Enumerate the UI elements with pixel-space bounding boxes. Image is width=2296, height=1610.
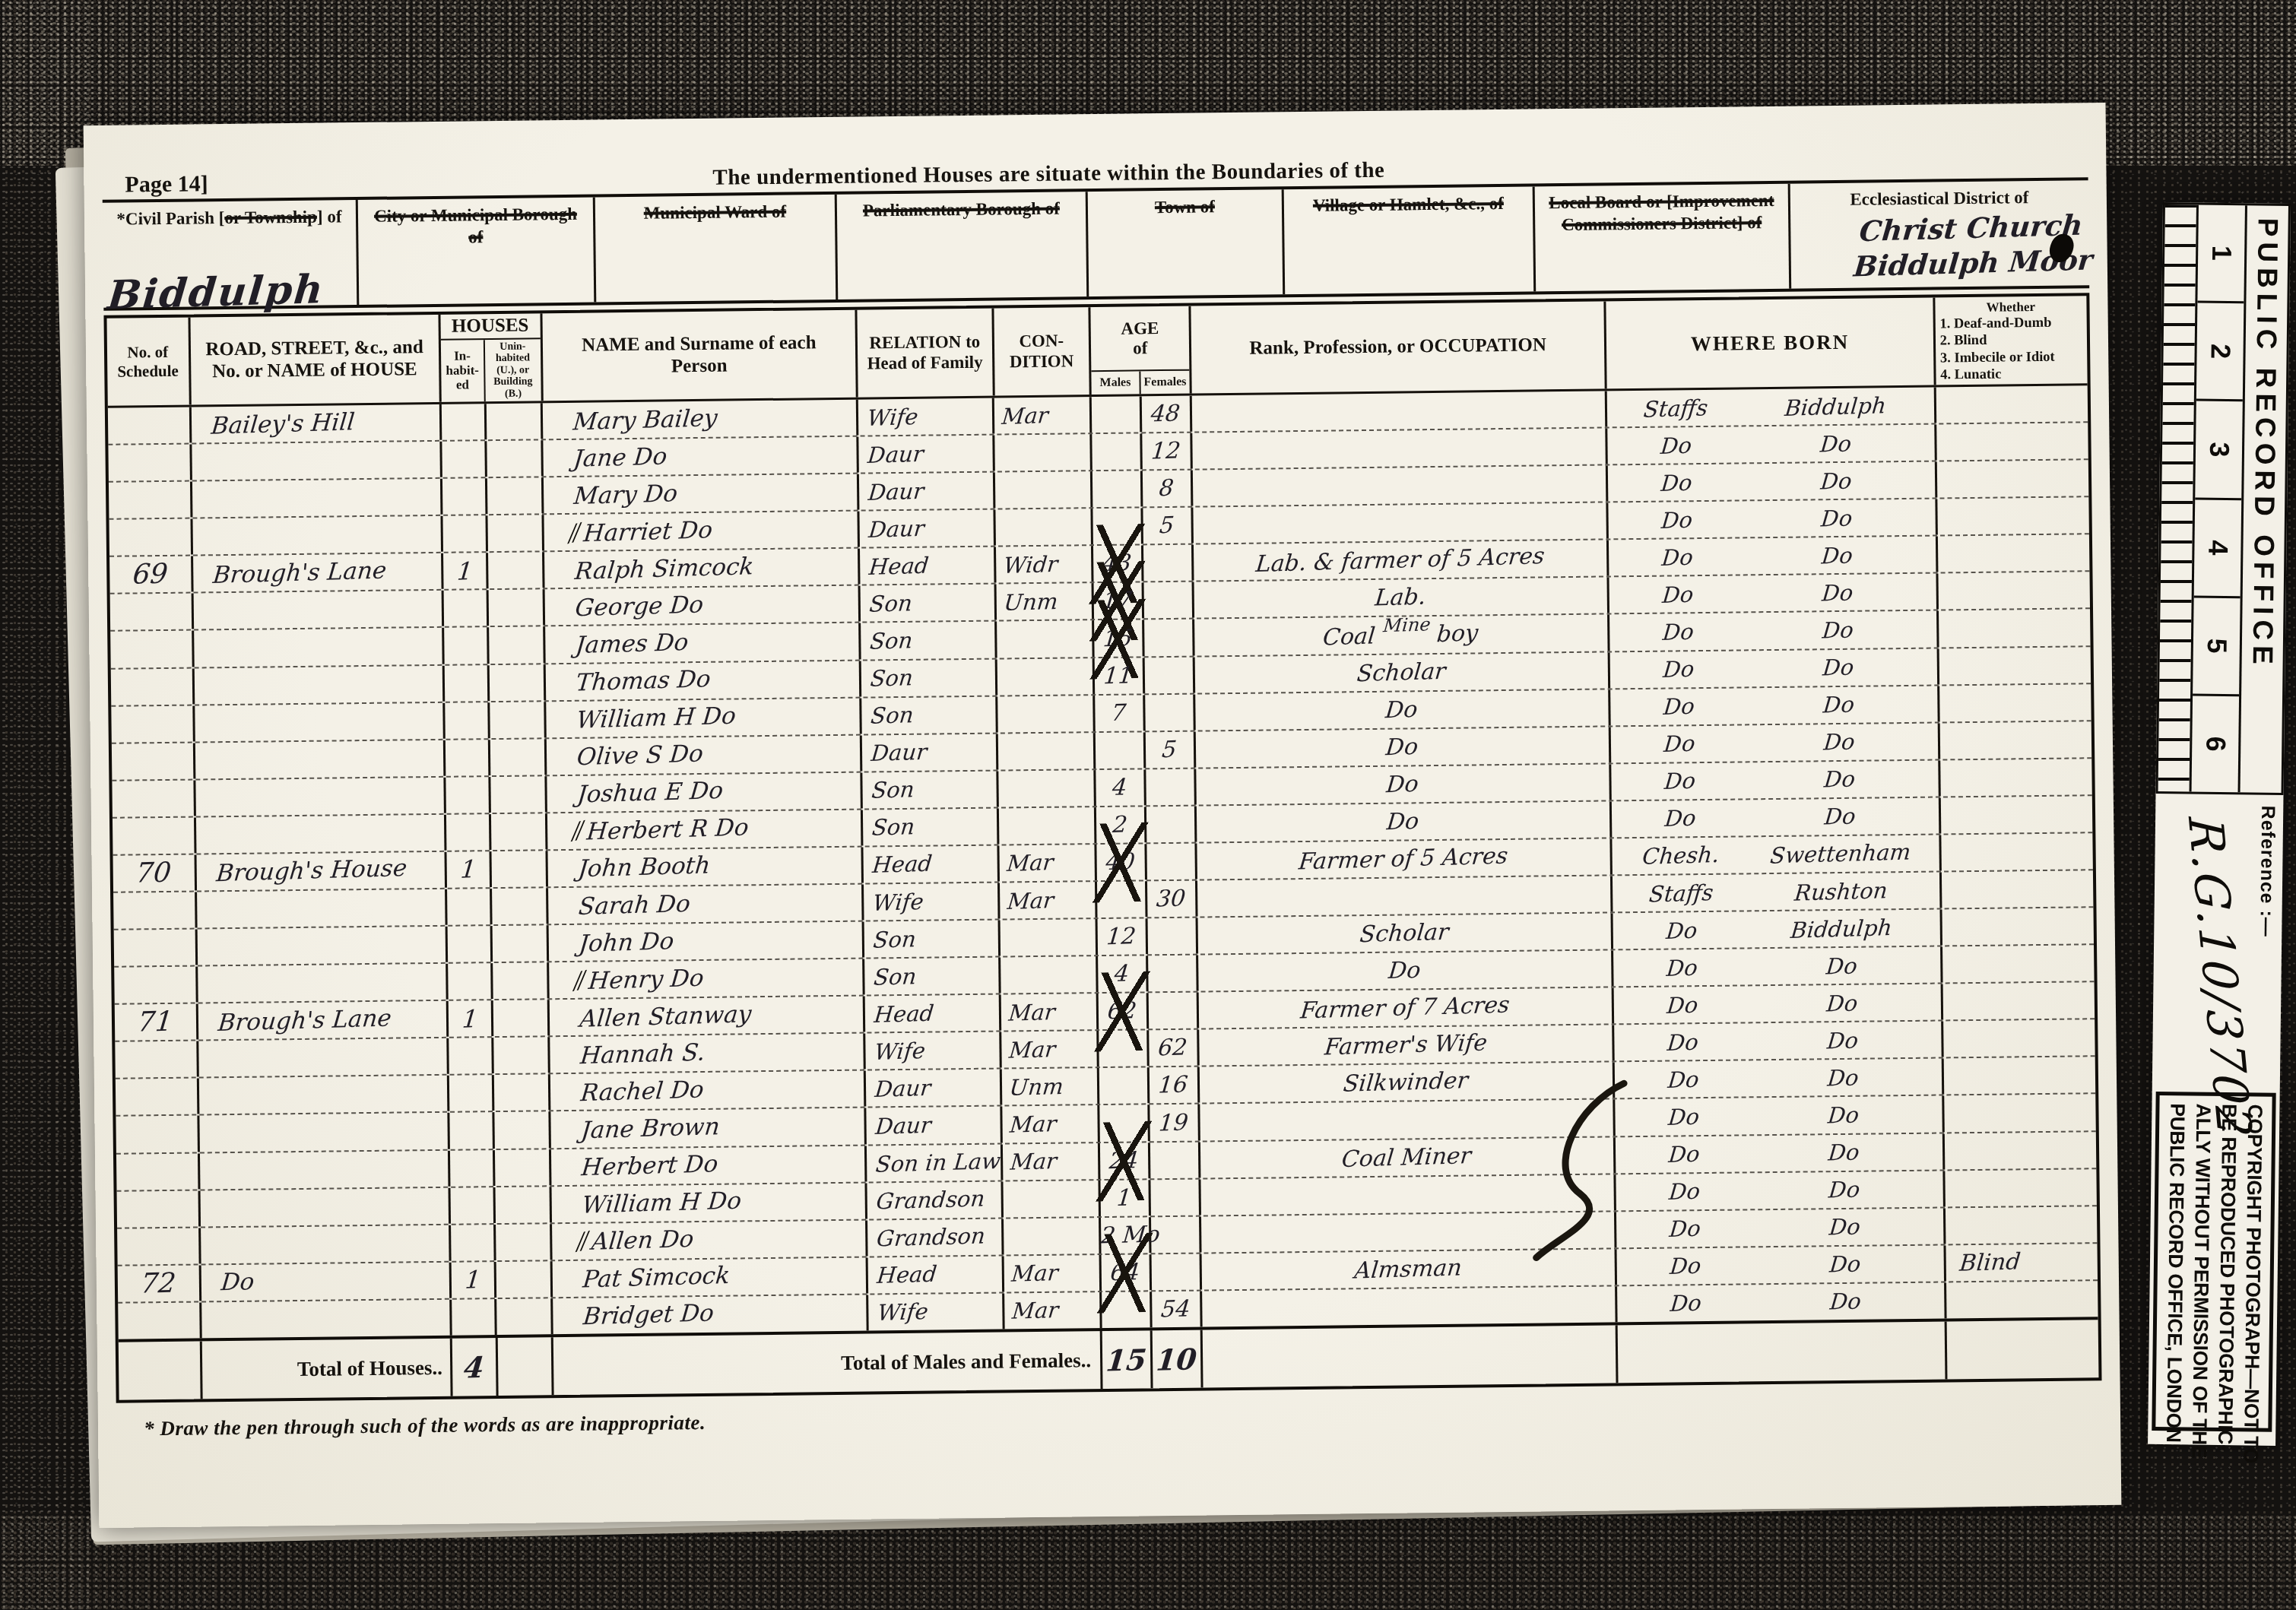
inhabited-cell [450, 1187, 496, 1224]
name-cell: John Do [549, 922, 864, 962]
name-cell: Olive S Do [547, 735, 862, 775]
age-male-cell: 7 [1095, 695, 1145, 731]
occupation-cell: Scholar [1197, 913, 1613, 953]
name-cell: William H Do [552, 1183, 867, 1222]
uninhabited-cell [492, 851, 548, 887]
condition-cell: Mar [994, 397, 1092, 434]
condition-cell [1004, 1218, 1101, 1255]
pen-flourish [1524, 1077, 1647, 1269]
age-male-cell [1096, 732, 1146, 769]
disability-cell [1936, 460, 2088, 497]
born-cell: DoDo [1608, 462, 1937, 502]
schedule-cell [109, 482, 192, 518]
road-cell [194, 665, 444, 704]
age-male-cell [1093, 471, 1143, 508]
born-cell: DoDo [1609, 537, 1938, 576]
schedule-cell [109, 519, 193, 556]
uninhabited-cell [495, 1112, 551, 1149]
age-female-cell [1148, 956, 1198, 992]
schedule-cell [114, 967, 198, 1003]
total-houses-value: 4 [452, 1338, 498, 1396]
municipal-borough-cell: City or Municipal Borough of [358, 198, 597, 306]
uninhabited-cell [487, 477, 544, 514]
road-cell [198, 964, 448, 1003]
disability-cell [1942, 908, 2094, 945]
schedule-cell: 71 [115, 1004, 198, 1041]
name-cell: ∕∕Herbert R Do [547, 810, 863, 849]
local-board-cell: Local Board or [Improvement Commissioner… [1535, 184, 1792, 292]
disability-cell [1944, 1132, 2096, 1169]
total-houses-label: Total of Houses.. [201, 1339, 452, 1399]
condition-cell: Widr [996, 546, 1093, 583]
condition-cell [1004, 1181, 1101, 1218]
name-cell: Herbert Do [551, 1146, 867, 1185]
disability-cell [1939, 647, 2091, 684]
relation-cell: Daur [862, 734, 999, 771]
occupation-cell: Do [1197, 801, 1613, 841]
disability-cell [1939, 721, 2091, 759]
name-cell: Jane Do [544, 437, 859, 477]
schedule-cell: 69 [109, 556, 193, 593]
age-female-cell [1145, 694, 1195, 731]
condition-cell: Mar [1001, 994, 1099, 1031]
occupation-cell: Lab. [1194, 578, 1609, 618]
disability-cell [1946, 1281, 2098, 1318]
name-cell: James Do [545, 623, 861, 663]
age-female-cell [1150, 1142, 1200, 1178]
road-cell [198, 1038, 449, 1077]
age-male-cell: 1 [1101, 1180, 1151, 1216]
disability-cell [1943, 1020, 2095, 1057]
age-male-cell: 4 [1098, 956, 1148, 993]
relation-cell: Grandson [867, 1181, 1004, 1219]
condition-cell: Unm [997, 583, 1094, 620]
age-female-cell [1143, 582, 1194, 619]
schedule-cell [116, 1116, 199, 1152]
road-column-header: ROAD, STREET, &c., and No. or NAME of HO… [190, 315, 441, 405]
disability-cell [1938, 572, 2090, 610]
born-cell: DoDo [1613, 947, 1942, 987]
uninhabited-subheader: Unin-habited (U.), or Building (B.) [485, 339, 541, 401]
schedule-cell [112, 743, 195, 779]
road-cell [201, 1300, 452, 1339]
road-cell [197, 927, 447, 965]
schedule-column-header: No. of Schedule [107, 318, 192, 406]
where-born-column-header: WHERE BORN [1606, 298, 1936, 389]
disability-cell [1940, 759, 2092, 796]
road-cell [192, 516, 442, 555]
schedule-cell [116, 1153, 200, 1190]
schedule-cell [116, 1079, 199, 1115]
age-female-cell [1151, 1253, 1201, 1290]
age-male-cell [1099, 1031, 1149, 1067]
census-table: No. of Schedule ROAD, STREET, &c., and N… [103, 293, 2101, 1403]
village-hamlet-label: Village or Hamlet, &c., of [1313, 194, 1504, 215]
age-male-cell [1099, 1105, 1150, 1142]
relation-cell: Head [865, 995, 1002, 1032]
relation-cell: Son [861, 622, 997, 659]
relation-cell: Son [861, 659, 998, 696]
road-cell [199, 1076, 449, 1114]
age-female-cell: 8 [1143, 471, 1193, 507]
age-female-cell [1147, 918, 1197, 955]
uninhabited-cell [487, 440, 544, 477]
name-column-header: NAME and Surname of each Person [542, 310, 858, 401]
municipal-ward-label: Municipal Ward of [644, 202, 787, 223]
local-board-label: Local Board or [Improvement Commissioner… [1549, 191, 1774, 234]
relation-cell: Wife [868, 1293, 1005, 1330]
occupation-cell [1192, 429, 1608, 469]
schedule-cell [108, 445, 192, 481]
schedule-cell [113, 817, 196, 854]
name-cell: Rachel Do [550, 1071, 866, 1111]
born-cell: DoDo [1614, 984, 1943, 1024]
name-cell: William H Do [546, 698, 861, 737]
condition-cell: Mar [1000, 845, 1097, 882]
relation-cell: Son [864, 958, 1001, 995]
born-cell: DoDo [1616, 1171, 1945, 1210]
uninhabited-cell [494, 1075, 550, 1111]
inhabited-cell: 1 [451, 1262, 496, 1298]
uninhabited-cell [494, 1038, 550, 1074]
age-male-cell: 40 [1097, 844, 1147, 880]
occupation-cell: Do [1195, 689, 1611, 730]
uninhabited-cell [493, 962, 550, 999]
road-cell [197, 889, 447, 928]
uninhabited-cell [488, 515, 544, 552]
age-male-cell: 11 [1095, 658, 1145, 694]
occupation-cell [1202, 1286, 1618, 1326]
name-cell: Bridget Do [553, 1295, 868, 1334]
age-male-cell [1102, 1291, 1152, 1328]
disability-cell [1942, 982, 2095, 1019]
relation-cell: Daur [866, 1070, 1003, 1107]
parliamentary-borough-cell: Parliamentary Borough of [837, 192, 1089, 299]
inhabited-cell: 1 [446, 851, 492, 888]
schedule-cell [113, 892, 197, 929]
copyright-notice: COPYRIGHT PHOTOGRAPH—NOT TO BE REPRODUCE… [2152, 1092, 2275, 1432]
relation-cell: Daur [859, 510, 996, 547]
municipal-ward-cell: Municipal Ward of [595, 195, 839, 303]
road-cell [201, 1225, 451, 1263]
table-body: Bailey's Hill Mary Bailey Wife Mar 48 St… [108, 385, 2098, 1339]
schedule-cell [117, 1190, 201, 1227]
born-cell: StaffsRushton [1613, 873, 1942, 912]
condition-cell: Mar [1003, 1143, 1100, 1181]
inhabited-cell [444, 665, 490, 702]
uninhabited-cell [491, 813, 547, 850]
civil-parish-cell: *Civil Parish [or Township] of Biddulph [103, 200, 360, 308]
road-cell: Do [201, 1263, 451, 1301]
born-cell: DoDo [1616, 1133, 1945, 1173]
road-cell [199, 1113, 449, 1152]
uninhabited-cell [490, 702, 547, 738]
inhabited-cell: 1 [443, 553, 489, 589]
civil-parish-value: Biddulph [106, 265, 327, 320]
disability-cell [1943, 1057, 2095, 1095]
disability-cell [1941, 833, 2093, 870]
pro-ruler: PUBLIC RECORD OFFICE 1 2 3 4 5 6 [2156, 202, 2291, 795]
occupation-cell: Scholar [1194, 652, 1610, 692]
born-cell: DoDo [1610, 648, 1939, 688]
footnote: * Draw the pen through such of the words… [144, 1411, 706, 1440]
age-female-cell [1146, 769, 1196, 805]
schedule-cell: 72 [118, 1265, 201, 1301]
road-cell: Brough's Lane [193, 553, 443, 592]
uninhabited-cell [493, 1000, 550, 1037]
schedule-cell [108, 407, 192, 444]
inhabited-cell [450, 1150, 496, 1187]
census-form-page: Page 14] The undermentioned Houses are s… [84, 103, 2122, 1528]
civil-parish-label-end: ] of [317, 207, 342, 226]
condition-cell [1001, 956, 1099, 994]
born-cell: DoDo [1610, 686, 1939, 725]
ruler-ticks [2158, 204, 2199, 791]
age-male-cell: 15 [1094, 620, 1144, 657]
inhabited-cell [449, 1038, 494, 1074]
born-cell: DoDo [1615, 1096, 1944, 1136]
inhabited-cell [447, 889, 493, 925]
disability-cell: Blind [1946, 1244, 2098, 1281]
born-cell: DoDo [1611, 760, 1940, 800]
age-male-cell: 2 [1096, 807, 1146, 843]
inhabited-cell [445, 740, 490, 776]
road-cell: Brough's House [196, 852, 446, 891]
reference-label: Reference :— [2255, 806, 2279, 938]
schedule-cell [110, 631, 194, 667]
inhabited-cell [449, 1076, 494, 1112]
census-photo-canvas: Page 14] The undermentioned Houses are s… [0, 0, 2296, 1610]
inhabited-cell [452, 1299, 497, 1336]
village-hamlet-cell: Village or Hamlet, &c., of [1284, 186, 1536, 294]
age-female-cell: 5 [1143, 508, 1193, 544]
uninhabited-cell [497, 1298, 553, 1335]
age-male-cell [1092, 396, 1142, 433]
condition-cell [1001, 919, 1098, 956]
age-male-cell: 64 [1102, 1254, 1152, 1291]
inhabited-cell [446, 814, 492, 851]
relation-cell: Son [861, 696, 998, 734]
born-cell: DoDo [1616, 1245, 1946, 1285]
age-male-cell: 62 [1099, 994, 1149, 1030]
total-males-value: 15 [1102, 1330, 1153, 1389]
name-cell: Allen Stanway [550, 997, 865, 1036]
inhabited-subheader: In-habit-ed [440, 340, 486, 402]
road-cell [200, 1150, 450, 1189]
schedule-cell [117, 1228, 201, 1264]
relation-cell: Head [868, 1256, 1005, 1293]
born-cell: DoDo [1611, 723, 1940, 762]
condition-cell: Mar [1005, 1292, 1102, 1330]
born-cell: DoBiddulph [1613, 910, 1942, 949]
born-cell: DoDo [1616, 1208, 1946, 1247]
disability-cell [1936, 423, 2088, 460]
condition-cell [998, 733, 1096, 770]
born-cell: DoDo [1608, 499, 1937, 539]
relation-cell: Wife [858, 398, 995, 436]
road-cell [196, 815, 446, 854]
condition-cell [998, 696, 1096, 733]
relation-cell: Daur [866, 1107, 1003, 1144]
inhabited-cell [448, 963, 493, 1000]
age-female-cell: 62 [1149, 1030, 1199, 1066]
name-cell: John Booth [548, 848, 864, 887]
schedule-cell [114, 930, 198, 966]
disability-cell [1939, 610, 2091, 647]
uninhabited-cell [495, 1149, 551, 1186]
disability-cell [1945, 1169, 2097, 1206]
relation-cell: Son [861, 585, 997, 622]
uninhabited-cell [490, 627, 546, 664]
disability-cell [1936, 385, 2088, 423]
age-female-cell [1144, 620, 1194, 656]
schedule-cell [111, 668, 195, 705]
condition-cell [995, 471, 1093, 509]
road-cell [194, 628, 444, 667]
condition-cell [995, 434, 1093, 471]
uninhabited-cell [489, 590, 545, 626]
inhabited-cell [445, 702, 490, 739]
uninhabited-cell [496, 1224, 552, 1260]
disability-cell [1946, 1206, 2098, 1244]
relation-cell: Son [864, 921, 1001, 958]
disability-column-header: Whether 1. Deaf-and-Dumb 2. Blind 3. Imb… [1935, 296, 2088, 385]
name-cell: Pat Simcock [553, 1257, 868, 1297]
inhabited-cell [444, 628, 490, 664]
inhabited-cell [442, 515, 488, 552]
condition-cell [999, 770, 1096, 807]
occupation-cell: Coal Mine boy [1194, 615, 1610, 655]
age-female-cell: 12 [1142, 433, 1192, 470]
occupation-cell: Farmer of 5 Acres [1197, 838, 1613, 879]
occupation-cell [1193, 503, 1609, 544]
inhabited-cell [443, 591, 489, 627]
age-male-cell: 24 [1100, 1143, 1150, 1179]
age-female-cell: 54 [1152, 1291, 1202, 1327]
relation-cell: Head [860, 547, 997, 585]
age-female-cell [1145, 657, 1195, 693]
born-cell: DoDo [1607, 425, 1936, 464]
condition-cell: Mar [1004, 1255, 1102, 1292]
born-cell: DoDo [1617, 1282, 1946, 1322]
condition-cell: Unm [1002, 1068, 1099, 1105]
road-cell [195, 740, 445, 779]
age-female-cell [1149, 993, 1199, 1029]
uninhabited-cell [490, 739, 547, 775]
road-cell [193, 591, 443, 629]
road-cell: Bailey's Hill [191, 404, 441, 443]
occupation-cell: Do [1198, 951, 1614, 991]
reference-section: Reference :— R.G.10/3702 [2152, 794, 2284, 1089]
ecclesiastical-district-label: Ecclesiastical District of [1850, 188, 2028, 209]
boundary-header-band: *Civil Parish [or Township] of Biddulph … [103, 177, 2089, 311]
born-cell: DoDo [1612, 797, 1941, 837]
age-female-cell [1146, 806, 1197, 842]
relation-cell: Son in Law [867, 1144, 1004, 1181]
municipal-borough-label: City or Municipal Borough of [374, 204, 577, 246]
disability-cell [1939, 684, 2091, 721]
born-cell: StaffsBiddulph [1607, 388, 1936, 427]
road-cell [200, 1187, 450, 1226]
name-cell: ∕∕Henry Do [549, 959, 864, 999]
civil-parish-struck: or Township [224, 208, 317, 227]
age-female-cell [1146, 844, 1197, 880]
age-female-cell: 5 [1146, 731, 1196, 768]
age-male-cell [1092, 433, 1142, 470]
schedule-cell [115, 1041, 198, 1078]
inhabited-cell [442, 441, 487, 477]
age-male-cell [1093, 509, 1143, 545]
condition-cell: Mar [1000, 882, 1097, 919]
uninhabited-cell [487, 403, 543, 439]
town-label: Town of [1155, 197, 1215, 217]
ruler-numbers: 1 2 3 4 5 6 [2192, 205, 2247, 793]
schedule-cell [112, 780, 195, 816]
parliamentary-borough-label: Parliamentary Borough of [863, 199, 1060, 220]
age-column-header: AGE of Males Females [1091, 306, 1192, 395]
age-female-cell: 48 [1142, 396, 1192, 433]
total-males-females-label: Total of Males and Females.. [553, 1331, 1103, 1395]
inhabited-cell [449, 1113, 495, 1149]
condition-cell: Mar [1002, 1031, 1099, 1068]
uninhabited-cell [491, 776, 547, 813]
age-female-cell [1143, 545, 1194, 582]
schedule-cell [111, 705, 195, 742]
occupation-cell [1191, 391, 1607, 431]
age-female-cell: 30 [1147, 881, 1197, 918]
born-cell: DoDo [1609, 574, 1938, 613]
relation-cell: Son [863, 808, 1000, 845]
name-cell: Sarah Do [548, 885, 864, 924]
born-cell: DoDo [1615, 1059, 1944, 1098]
relation-cell: Son [862, 771, 999, 808]
occupation-cell [1193, 466, 1609, 506]
age-male-cell [1099, 1068, 1150, 1104]
age-female-cell [1150, 1179, 1200, 1215]
pro-office-title: PUBLIC RECORD OFFICE [2241, 205, 2288, 793]
born-cell: Chesh.Swettenham [1612, 835, 1941, 874]
inhabited-cell [442, 478, 488, 515]
name-cell: ∕∕Harriet Do [544, 512, 860, 551]
condition-column-header: CON- DITION [994, 307, 1092, 395]
disability-cell [1940, 796, 2092, 833]
condition-cell [997, 621, 1095, 658]
age-male-cell [1097, 881, 1147, 918]
uninhabited-cell [493, 925, 549, 962]
name-cell: ∕∕Allen Do [552, 1220, 867, 1260]
relation-cell: Wife [865, 1032, 1002, 1070]
uninhabited-cell [496, 1187, 552, 1223]
females-subheader: Females [1140, 371, 1190, 395]
road-cell [195, 702, 445, 741]
age-female-cell: 19 [1150, 1104, 1200, 1141]
name-cell: Joshua E Do [547, 772, 863, 812]
age-male-cell: 2 Mo [1101, 1217, 1152, 1253]
name-cell: George Do [545, 586, 861, 626]
males-subheader: Males [1092, 371, 1141, 395]
inhabited-cell [447, 926, 493, 962]
occupation-cell: Farmer of 7 Acres [1198, 988, 1614, 1028]
age-male-cell: 12 [1098, 918, 1148, 955]
road-cell [192, 479, 442, 518]
occupation-column-header: Rank, Profession, or OCCUPATION [1191, 301, 1607, 393]
condition-cell [999, 807, 1096, 845]
total-females-value: 10 [1153, 1330, 1203, 1389]
relation-cell: Wife [864, 883, 1001, 921]
inhabited-cell [441, 404, 487, 440]
occupation-cell: Do [1196, 764, 1612, 804]
relation-cell: Daur [859, 473, 996, 510]
